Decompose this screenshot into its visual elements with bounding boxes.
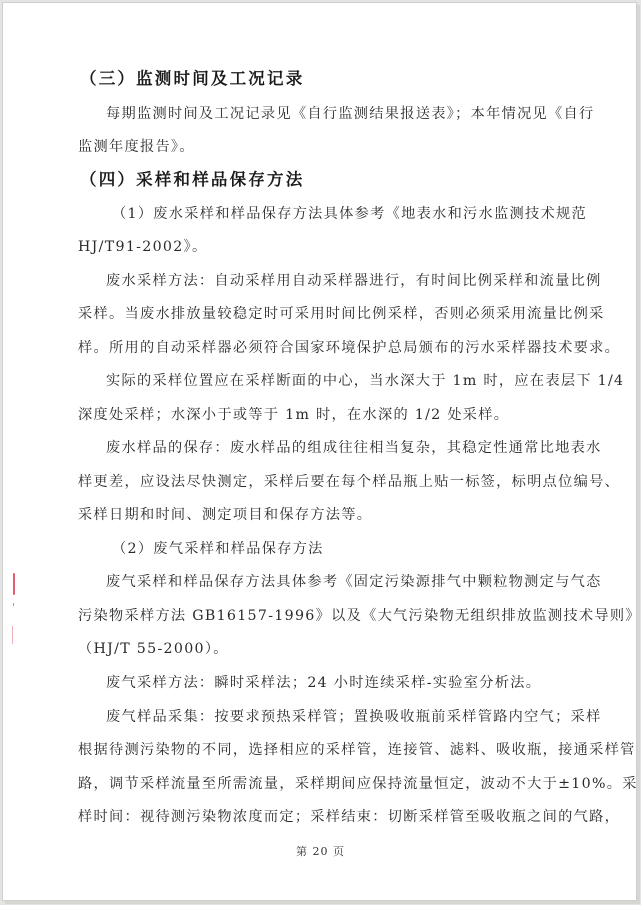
paragraph-line: 废气采样方法：瞬时采样法；24 小时连续采样-实验室分析法。	[106, 674, 541, 692]
paragraph-line: 废气样品采集：按要求预热采样管；置换吸收瓶前采样管路内空气；采样	[106, 708, 602, 726]
paragraph-line: 监测年度报告》。	[78, 138, 195, 156]
paragraph-line: HJ/T91-2002》。	[78, 238, 207, 256]
paragraph-line: 污染物采样方法 GB16157-1996》以及《大气污染物无组织排放监测技术导则…	[78, 607, 641, 625]
red-ink-mark	[13, 603, 14, 606]
subsection-heading-wastewater: （1）废水采样和样品保存方法具体参考《地表水和污水监测技术规范	[112, 205, 587, 223]
paragraph-line: 每期监测时间及工况记录见《自行监测结果报送表》；本年情况见《自行	[106, 105, 595, 123]
paragraph-line: 样更差，应设法尽快测定，采样后要在每个样品瓶上贴一标签，标明点位编号、	[78, 473, 620, 491]
paragraph-line: 深度处采样；水深小于或等于 1m 时，在水深的 1/2 处采样。	[78, 406, 509, 424]
paragraph-line: 废水采样方法：自动采样用自动采样器进行，有时间比例采样和流量比例	[106, 272, 602, 290]
paragraph-line: 根据待测污染物的不同，选择相应的采样管，连接管、滤料、吸收瓶，接通采样管	[78, 741, 636, 759]
paragraph-line: 废水样品的保存：废水样品的组成往往相当复杂，其稳定性通常比地表水	[106, 439, 602, 457]
paragraph-line: 实际的采样位置应在采样断面的中心，当水深大于 1m 时，应在表层下 1/4	[106, 372, 624, 390]
red-ink-mark	[12, 626, 13, 644]
paragraph-line: 样。所用的自动采样器必须符合国家环境保护总局颁布的污水采样器技术要求。	[78, 339, 620, 357]
paragraph-line: 废气采样和样品保存方法具体参考《固定污染源排气中颗粒物测定与气态	[106, 573, 602, 591]
paragraph-line: 路，调节采样流量至所需流量，采样期间应保持流量恒定，波动不大于±10%。采	[78, 775, 638, 793]
red-ink-mark	[13, 573, 15, 595]
section-heading-sampling-methods: （四）采样和样品保存方法	[80, 171, 304, 189]
section-heading-monitoring-time: （三）监测时间及工况记录	[80, 70, 304, 88]
paragraph-line: 样时间：视待测污染物浓度而定；采样结束：切断采样管至吸收瓶之间的气路，	[78, 808, 620, 826]
paragraph-line: 采样日期和时间、测定项目和保存方法等。	[78, 506, 372, 524]
page-number: 第 20 页	[0, 843, 641, 859]
paragraph-line: （HJ/T 55-2000）。	[78, 640, 229, 658]
subsection-heading-exhaust-gas: （2）废气采样和样品保存方法	[112, 540, 324, 558]
paragraph-line: 采样。当废水排放量较稳定时可采用时间比例采样，否则必须采用流量比例采	[78, 305, 605, 323]
